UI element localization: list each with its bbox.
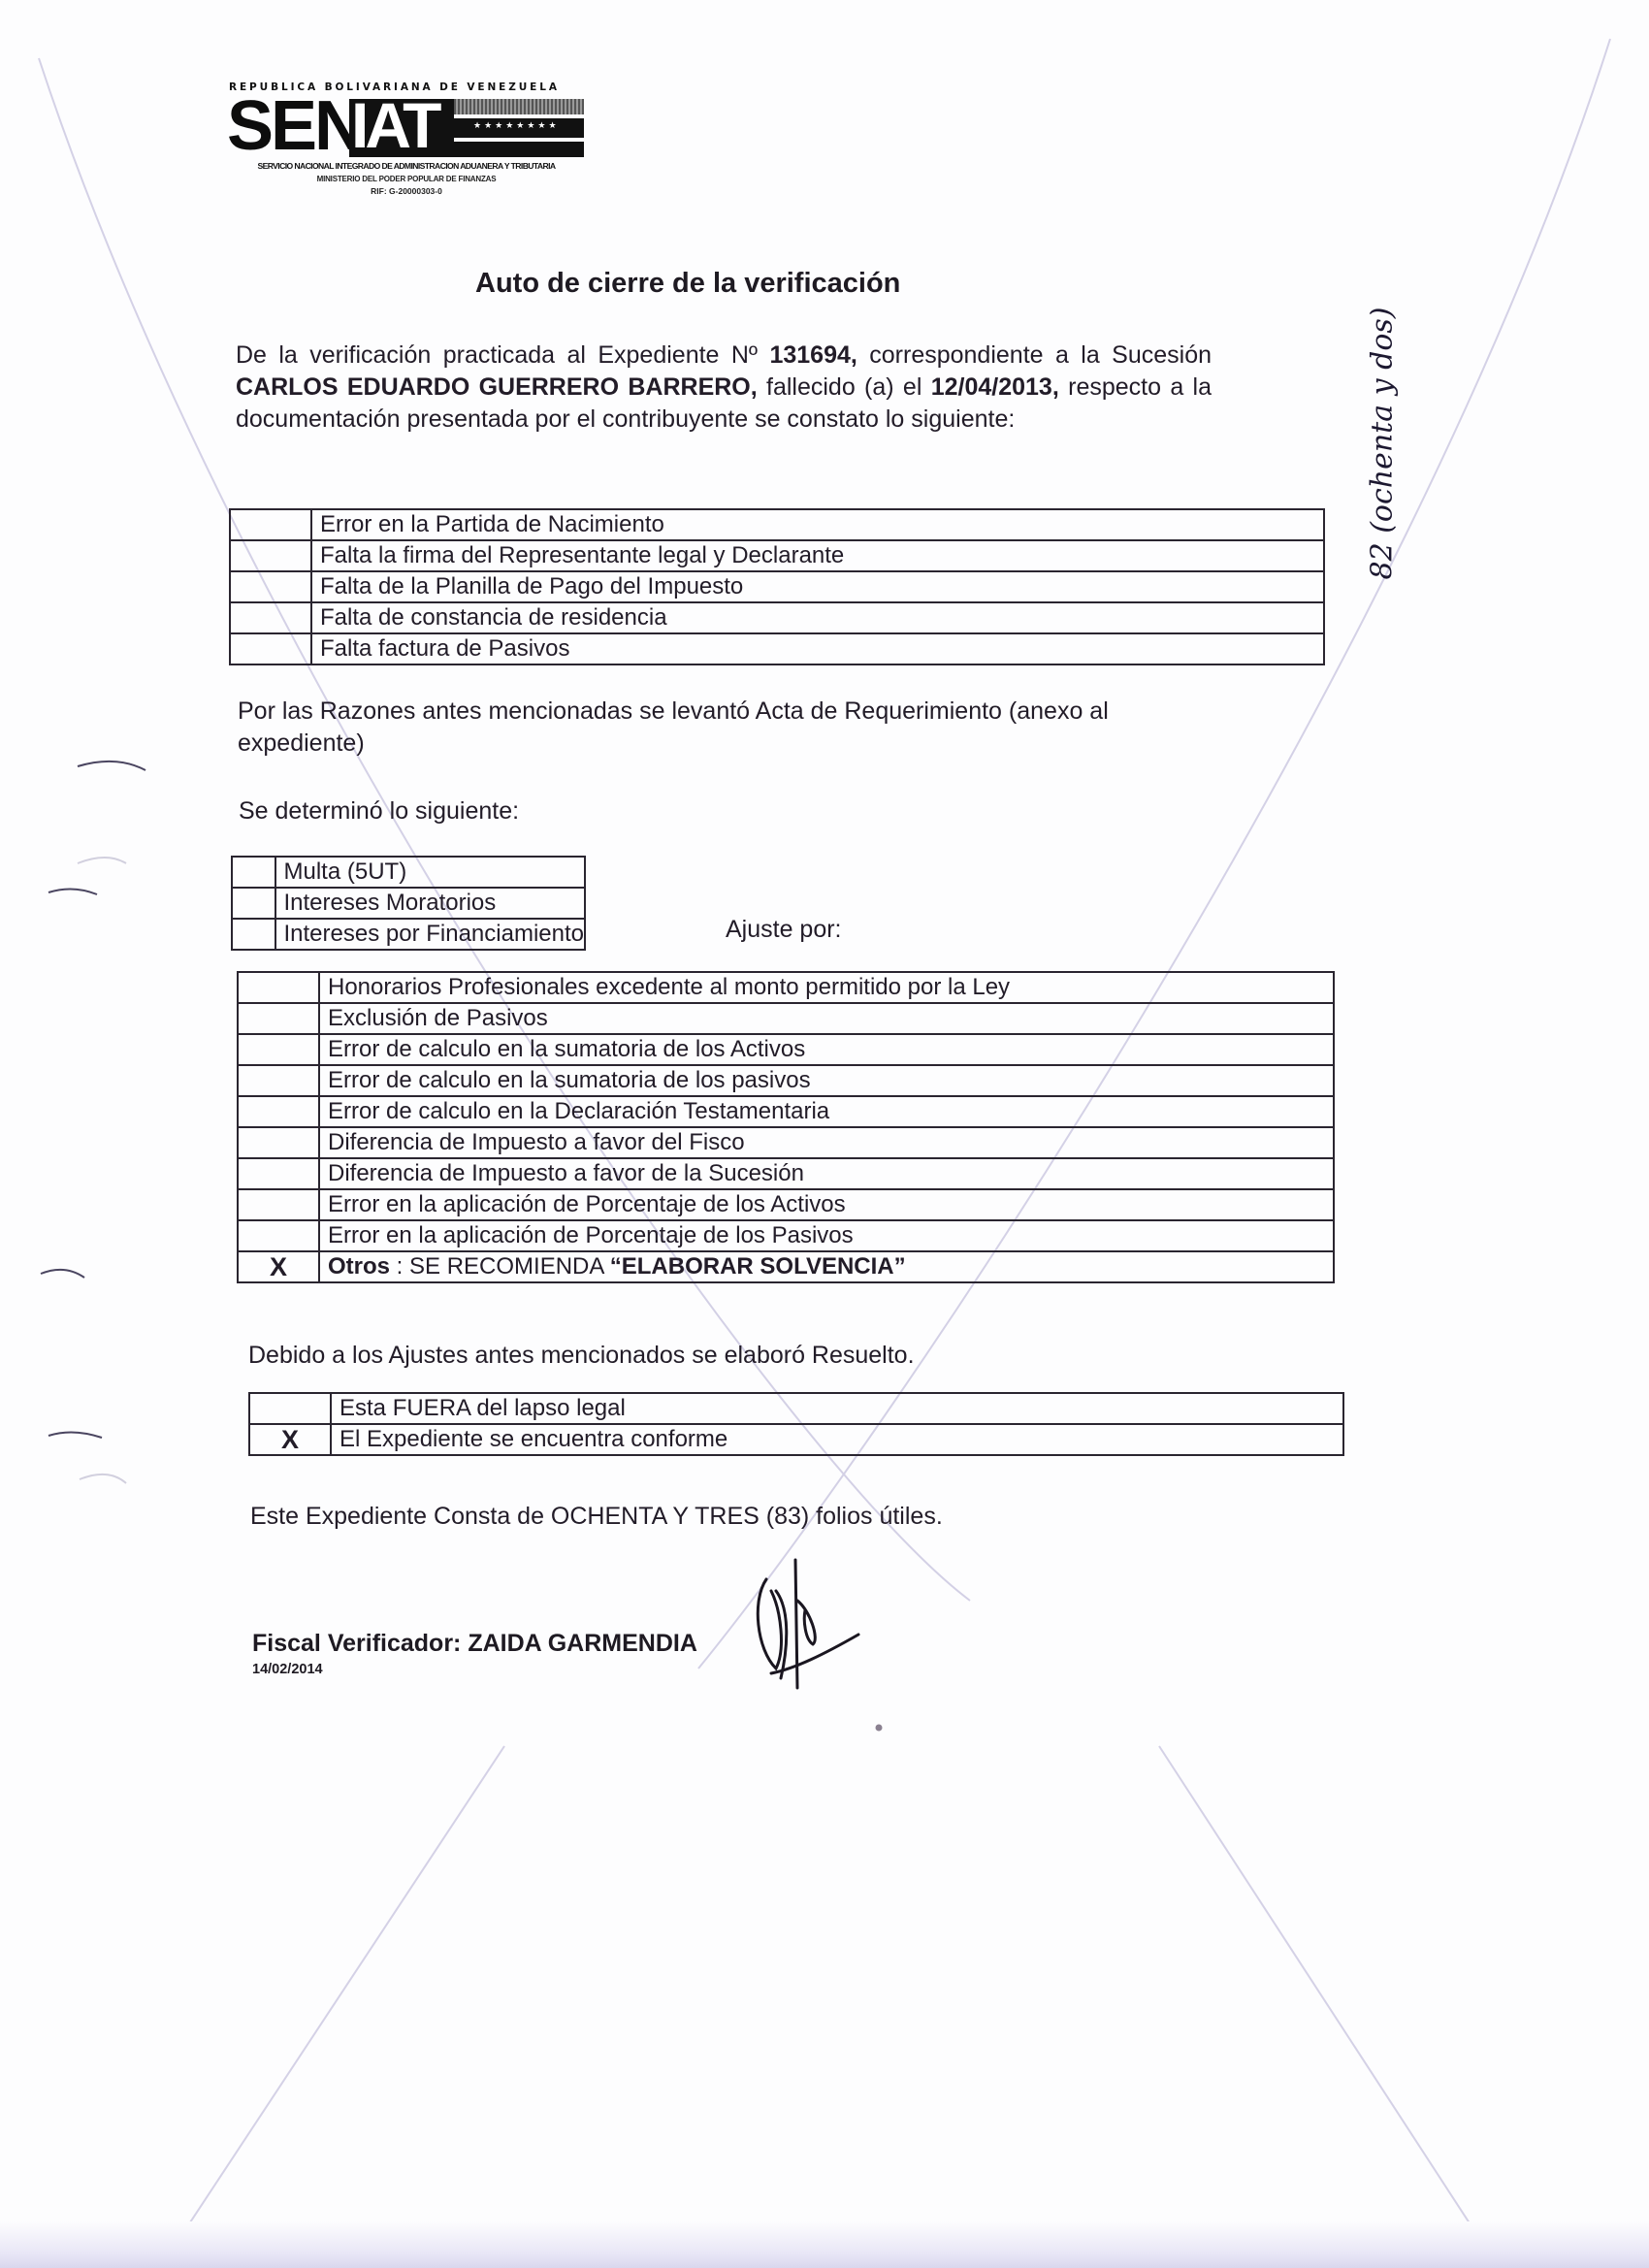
expediente-number: 131694, — [769, 341, 857, 369]
table-row: Error de calculo en la sumatoria de los … — [238, 1034, 1334, 1065]
checkbox-cell[interactable] — [230, 571, 311, 602]
intro-text-3: fallecido (a) el — [758, 373, 931, 401]
row-label: Falta de constancia de residencia — [311, 602, 1324, 633]
row-label: Error en la Partida de Nacimiento — [311, 509, 1324, 540]
row-label: Error de calculo en la sumatoria de los … — [319, 1065, 1334, 1096]
logo-wordmark-secondary: IAT — [351, 93, 437, 157]
status-table: Esta FUERA del lapso legal XEl Expedient… — [248, 1392, 1344, 1456]
row-label: Multa (5UT) — [275, 857, 586, 888]
findings-table: Error en la Partida de Nacimiento Falta … — [229, 508, 1325, 665]
row-label: Falta la firma del Representante legal y… — [311, 540, 1324, 571]
otros-label: Otros — [328, 1253, 390, 1280]
checkbox-cell-checked[interactable]: X — [238, 1251, 319, 1282]
intro-text-1: De la verificación practicada al Expedie… — [236, 341, 769, 369]
signature-date: 14/02/2014 — [252, 1662, 323, 1677]
row-label: Exclusión de Pasivos — [319, 1003, 1334, 1034]
determined-table: Multa (5UT) Intereses Moratorios Interes… — [231, 856, 586, 951]
row-label: El Expediente se encuentra conforme — [331, 1424, 1343, 1455]
row-label: Error en la aplicación de Porcentaje de … — [319, 1189, 1334, 1220]
folios-paragraph: Este Expediente Consta de OCHENTA Y TRES… — [250, 1501, 943, 1533]
row-label: Error en la aplicación de Porcentaje de … — [319, 1220, 1334, 1251]
checkbox-cell[interactable] — [249, 1393, 331, 1424]
deceased-name: CARLOS EDUARDO GUERRERO BARRERO, — [236, 373, 758, 401]
table-row: Falta la firma del Representante legal y… — [230, 540, 1324, 571]
row-label: Intereses por Financiamiento — [275, 919, 586, 950]
table-row: Error de calculo en la Declaración Testa… — [238, 1096, 1334, 1127]
checkbox-cell[interactable] — [238, 1158, 319, 1189]
rif-number: RIF: G-20000303-0 — [229, 186, 584, 196]
scan-edge-band — [0, 2221, 1649, 2268]
signature-scrawl — [758, 1560, 858, 1688]
otros-recommendation-value: “ELABORAR SOLVENCIA” — [610, 1253, 906, 1280]
checkbox-cell[interactable] — [230, 602, 311, 633]
checkbox-cell[interactable] — [238, 1003, 319, 1034]
stars-icon: ★★★★★★★★ — [473, 120, 560, 131]
ministry-name: MINISTERIO DEL PODER POPULAR DE FINANZAS — [229, 175, 584, 183]
document-title: Auto de cierre de la verificación — [475, 268, 900, 300]
table-row: Error en la aplicación de Porcentaje de … — [238, 1220, 1334, 1251]
table-row: Falta de la Planilla de Pago del Impuest… — [230, 571, 1324, 602]
intro-text-2: correspondiente a la Sucesión — [857, 341, 1212, 369]
checkbox-cell[interactable] — [232, 919, 275, 950]
row-label: Diferencia de Impuesto a favor de la Suc… — [319, 1158, 1334, 1189]
table-row: XEl Expediente se encuentra conforme — [249, 1424, 1343, 1455]
table-row: Falta factura de Pasivos — [230, 633, 1324, 664]
table-row: Error en la Partida de Nacimiento — [230, 509, 1324, 540]
row-label: Esta FUERA del lapso legal — [331, 1393, 1343, 1424]
agency-full-name: SERVICIO NACIONAL INTEGRADO DE ADMINISTR… — [229, 161, 584, 171]
handwritten-folio-note: 82 (ochenta y dos) — [1343, 274, 1421, 613]
checkbox-cell[interactable] — [230, 540, 311, 571]
row-label: Honorarios Profesionales excedente al mo… — [319, 972, 1334, 1003]
table-row: XOtros : SE RECOMIENDA “ELABORAR SOLVENC… — [238, 1251, 1334, 1282]
row-label: Error de calculo en la sumatoria de los … — [319, 1034, 1334, 1065]
checkbox-cell[interactable] — [238, 1096, 319, 1127]
table-row: Esta FUERA del lapso legal — [249, 1393, 1343, 1424]
table-row: Falta de constancia de residencia — [230, 602, 1324, 633]
row-label: Falta de la Planilla de Pago del Impuest… — [311, 571, 1324, 602]
row-label-otros: Otros : SE RECOMIENDA “ELABORAR SOLVENCI… — [319, 1251, 1334, 1282]
checkbox-cell[interactable] — [238, 1034, 319, 1065]
table-row: Exclusión de Pasivos — [238, 1003, 1334, 1034]
table-row: Honorarios Profesionales excedente al mo… — [238, 972, 1334, 1003]
intro-paragraph: De la verificación practicada al Expedie… — [236, 340, 1212, 436]
checkbox-cell[interactable] — [230, 509, 311, 540]
row-label: Falta factura de Pasivos — [311, 633, 1324, 664]
table-row: Diferencia de Impuesto a favor de la Suc… — [238, 1158, 1334, 1189]
checkbox-cell[interactable] — [238, 1220, 319, 1251]
checkbox-cell[interactable] — [230, 633, 311, 664]
requirement-paragraph: Por las Razones antes mencionadas se lev… — [238, 696, 1227, 760]
table-row: Error de calculo en la sumatoria de los … — [238, 1065, 1334, 1096]
row-label: Intereses Moratorios — [275, 888, 586, 919]
table-row: Error en la aplicación de Porcentaje de … — [238, 1189, 1334, 1220]
checkbox-cell[interactable] — [238, 1189, 319, 1220]
row-label: Diferencia de Impuesto a favor del Fisco — [319, 1127, 1334, 1158]
table-row: Multa (5UT) — [232, 857, 585, 888]
flag-stripes-icon: ★★★★★★★★ — [454, 99, 584, 157]
seniat-logo: REPUBLICA BOLIVARIANA DE VENEZUELA SEN I… — [229, 81, 584, 210]
checkbox-cell[interactable] — [238, 972, 319, 1003]
adjustment-label: Ajuste por: — [726, 914, 842, 946]
logo-wordmark-primary: SEN — [227, 91, 362, 161]
row-label: Error de calculo en la Declaración Testa… — [319, 1096, 1334, 1127]
handwritten-note-text: 82 (ochenta y dos) — [1366, 307, 1400, 579]
checkbox-cell[interactable] — [232, 857, 275, 888]
adjustment-table: Honorarios Profesionales excedente al mo… — [237, 971, 1335, 1283]
table-row: Diferencia de Impuesto a favor del Fisco — [238, 1127, 1334, 1158]
checkbox-cell-checked[interactable]: X — [249, 1424, 331, 1455]
checkbox-cell[interactable] — [238, 1127, 319, 1158]
table-row: Intereses por Financiamiento — [232, 919, 585, 950]
table-row: Intereses Moratorios — [232, 888, 585, 919]
fiscal-signature-label: Fiscal Verificador: ZAIDA GARMENDIA — [252, 1630, 697, 1658]
resolution-paragraph: Debido a los Ajustes antes mencionados s… — [248, 1340, 915, 1372]
determined-heading: Se determinó lo siguiente: — [239, 795, 519, 827]
otros-recommendation-text: : SE RECOMIENDA — [390, 1253, 610, 1280]
checkbox-cell[interactable] — [232, 888, 275, 919]
logo-wordmark-box: IAT — [349, 99, 454, 157]
date-of-death: 12/04/2013, — [931, 373, 1059, 401]
checkbox-cell[interactable] — [238, 1065, 319, 1096]
